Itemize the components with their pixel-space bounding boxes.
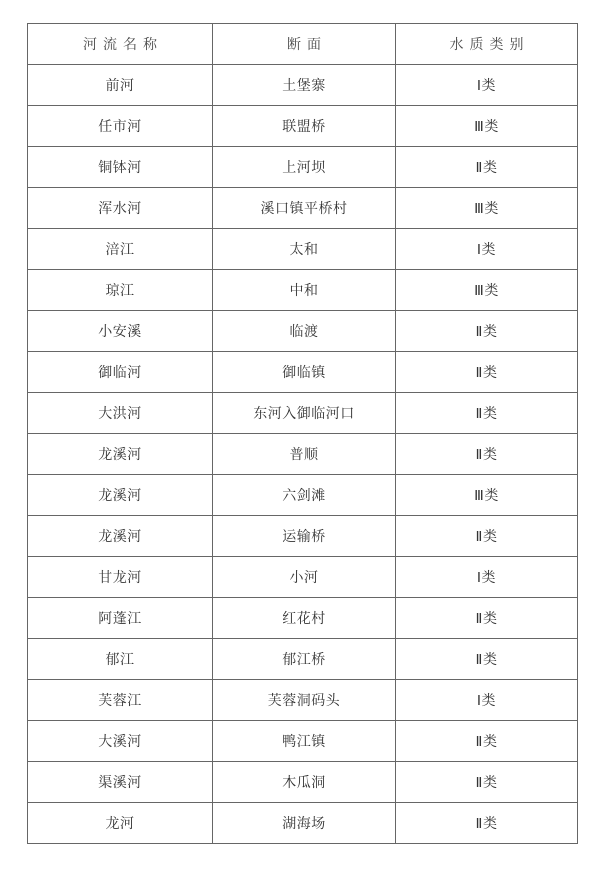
table-row: 郁江郁江桥Ⅱ类	[28, 639, 578, 680]
water-class-cell: Ⅰ类	[396, 229, 578, 270]
section-cell: 郁江桥	[213, 639, 396, 680]
section-cell: 东河入御临河口	[213, 393, 396, 434]
table-row: 龙溪河普顺Ⅱ类	[28, 434, 578, 475]
table-row: 浑水河溪口镇平桥村Ⅲ类	[28, 188, 578, 229]
section-cell: 小河	[213, 557, 396, 598]
table-row: 大洪河东河入御临河口Ⅱ类	[28, 393, 578, 434]
river-name-cell: 芙蓉江	[28, 680, 213, 721]
water-class-cell: Ⅱ类	[396, 721, 578, 762]
water-class-cell: Ⅲ类	[396, 188, 578, 229]
section-cell: 太和	[213, 229, 396, 270]
river-name-cell: 龙溪河	[28, 516, 213, 557]
river-name-cell: 大溪河	[28, 721, 213, 762]
table-row: 任市河联盟桥Ⅲ类	[28, 106, 578, 147]
table-row: 芙蓉江芙蓉洞码头Ⅰ类	[28, 680, 578, 721]
water-class-cell: Ⅱ类	[396, 803, 578, 844]
table-row: 琼江中和Ⅲ类	[28, 270, 578, 311]
water-class-cell: Ⅰ类	[396, 680, 578, 721]
water-class-cell: Ⅱ类	[396, 311, 578, 352]
water-class-cell: Ⅱ类	[396, 639, 578, 680]
water-class-cell: Ⅰ类	[396, 65, 578, 106]
river-name-cell: 郁江	[28, 639, 213, 680]
header-section: 断面	[213, 24, 396, 65]
table-row: 铜钵河上河坝Ⅱ类	[28, 147, 578, 188]
river-name-cell: 前河	[28, 65, 213, 106]
section-cell: 鸭江镇	[213, 721, 396, 762]
section-cell: 湖海场	[213, 803, 396, 844]
table-row: 甘龙河小河Ⅰ类	[28, 557, 578, 598]
river-name-cell: 龙河	[28, 803, 213, 844]
river-name-cell: 渠溪河	[28, 762, 213, 803]
table-row: 龙溪河六剑滩Ⅲ类	[28, 475, 578, 516]
water-class-cell: Ⅱ类	[396, 434, 578, 475]
section-cell: 运输桥	[213, 516, 396, 557]
table-row: 御临河御临镇Ⅱ类	[28, 352, 578, 393]
river-name-cell: 任市河	[28, 106, 213, 147]
document-page: 河流名称 断面 水质类别 前河土堡寨Ⅰ类任市河联盟桥Ⅲ类铜钵河上河坝Ⅱ类浑水河溪…	[0, 0, 600, 869]
river-name-cell: 琼江	[28, 270, 213, 311]
water-quality-table: 河流名称 断面 水质类别 前河土堡寨Ⅰ类任市河联盟桥Ⅲ类铜钵河上河坝Ⅱ类浑水河溪…	[27, 23, 578, 844]
table-row: 渠溪河木瓜洞Ⅱ类	[28, 762, 578, 803]
river-name-cell: 龙溪河	[28, 475, 213, 516]
header-river-name: 河流名称	[28, 24, 213, 65]
section-cell: 溪口镇平桥村	[213, 188, 396, 229]
river-name-cell: 浑水河	[28, 188, 213, 229]
river-name-cell: 龙溪河	[28, 434, 213, 475]
section-cell: 红花村	[213, 598, 396, 639]
section-cell: 临渡	[213, 311, 396, 352]
water-class-cell: Ⅰ类	[396, 557, 578, 598]
river-name-cell: 小安溪	[28, 311, 213, 352]
section-cell: 六剑滩	[213, 475, 396, 516]
river-name-cell: 涪江	[28, 229, 213, 270]
river-name-cell: 御临河	[28, 352, 213, 393]
water-class-cell: Ⅱ类	[396, 352, 578, 393]
water-class-cell: Ⅲ类	[396, 270, 578, 311]
river-name-cell: 大洪河	[28, 393, 213, 434]
water-class-cell: Ⅱ类	[396, 762, 578, 803]
table-row: 涪江太和Ⅰ类	[28, 229, 578, 270]
header-row: 河流名称 断面 水质类别	[28, 24, 578, 65]
table-row: 龙溪河运输桥Ⅱ类	[28, 516, 578, 557]
header-water-class: 水质类别	[396, 24, 578, 65]
section-cell: 芙蓉洞码头	[213, 680, 396, 721]
water-class-cell: Ⅲ类	[396, 475, 578, 516]
table-row: 大溪河鸭江镇Ⅱ类	[28, 721, 578, 762]
river-name-cell: 铜钵河	[28, 147, 213, 188]
water-class-cell: Ⅱ类	[396, 393, 578, 434]
section-cell: 御临镇	[213, 352, 396, 393]
table-row: 小安溪临渡Ⅱ类	[28, 311, 578, 352]
water-class-cell: Ⅱ类	[396, 516, 578, 557]
table-row: 龙河湖海场Ⅱ类	[28, 803, 578, 844]
table-row: 阿蓬江红花村Ⅱ类	[28, 598, 578, 639]
river-name-cell: 阿蓬江	[28, 598, 213, 639]
water-class-cell: Ⅱ类	[396, 147, 578, 188]
river-name-cell: 甘龙河	[28, 557, 213, 598]
water-class-cell: Ⅱ类	[396, 598, 578, 639]
table-row: 前河土堡寨Ⅰ类	[28, 65, 578, 106]
water-class-cell: Ⅲ类	[396, 106, 578, 147]
section-cell: 上河坝	[213, 147, 396, 188]
section-cell: 木瓜洞	[213, 762, 396, 803]
section-cell: 普顺	[213, 434, 396, 475]
section-cell: 土堡寨	[213, 65, 396, 106]
section-cell: 联盟桥	[213, 106, 396, 147]
section-cell: 中和	[213, 270, 396, 311]
